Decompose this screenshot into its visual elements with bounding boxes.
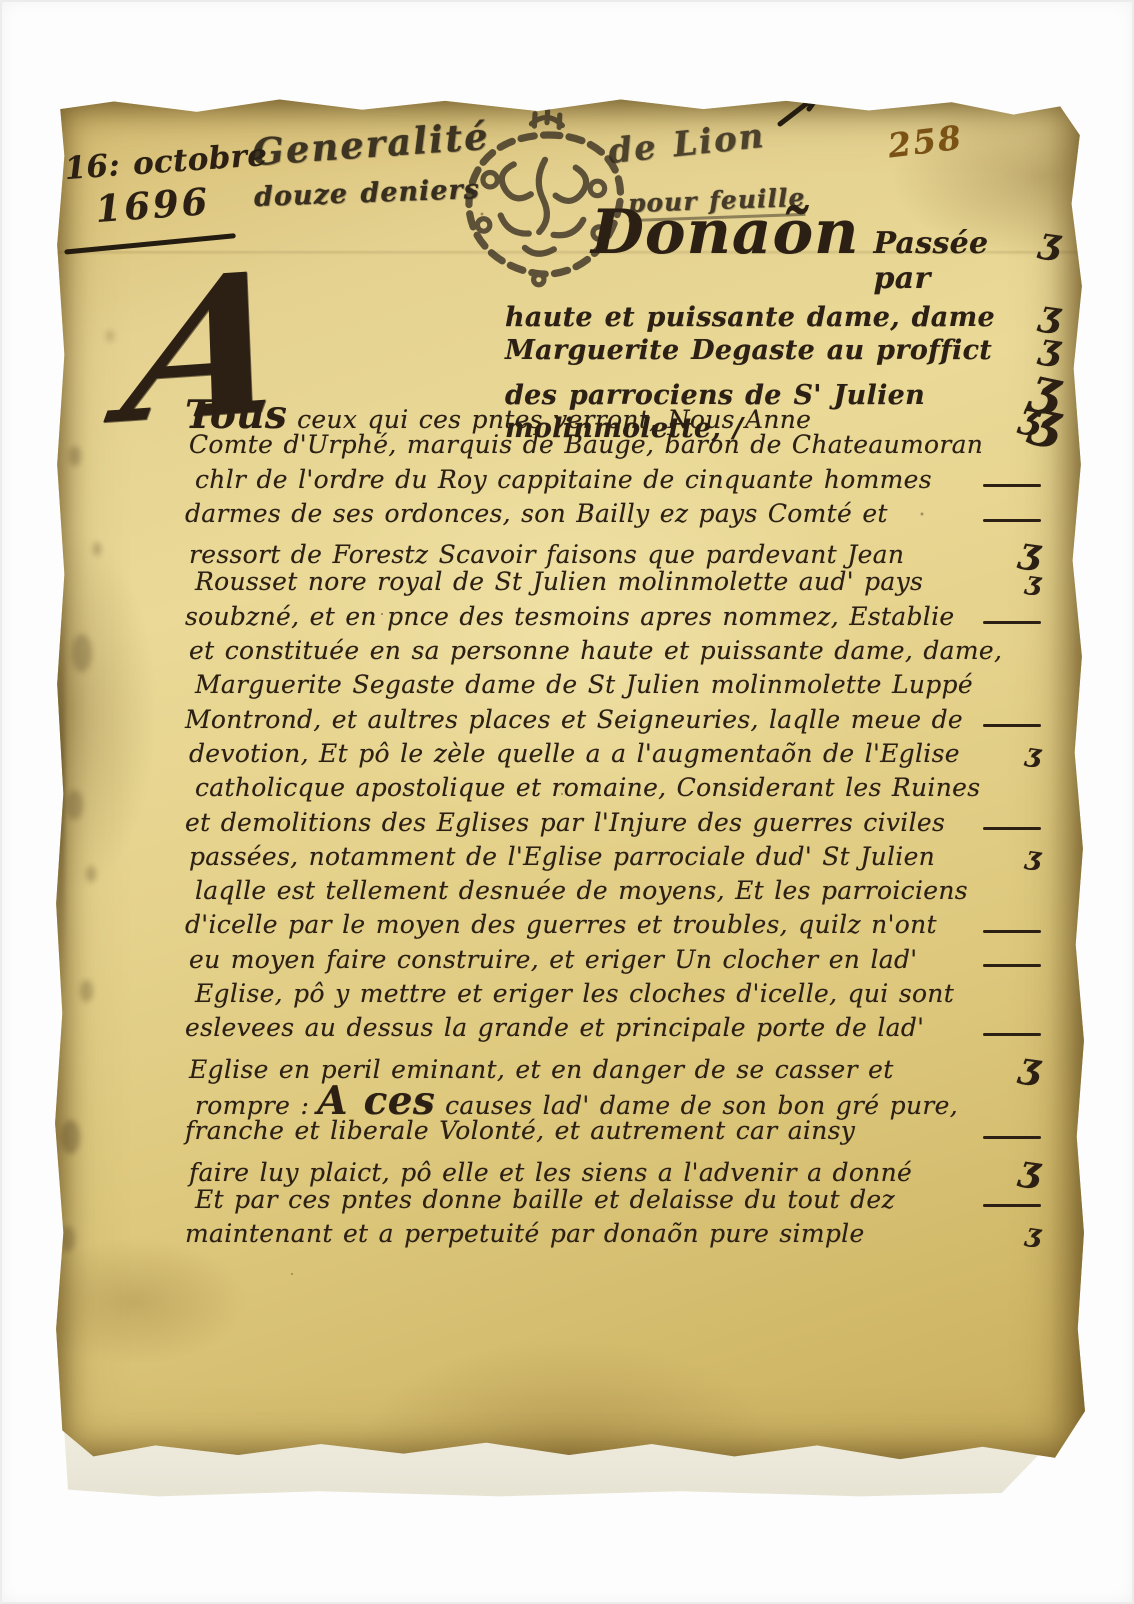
- manuscript-line: Tousceux qui ces pntes verront, Nous Ann…: [185, 396, 1041, 430]
- manuscript-line: maintenant et a perpetuité par donaõn pu…: [185, 1219, 1041, 1253]
- line-text: Montrond, et aultres places et Seigneuri…: [185, 705, 963, 734]
- scanned-document: 16: octobre 1696 Generalité de Lion douz…: [0, 0, 1134, 1604]
- parchment-sheet: 16: octobre 1696 Generalité de Lion douz…: [52, 94, 1086, 1466]
- manuscript-line: darmes de ses ordonces, son Bailly ez pa…: [185, 499, 1041, 533]
- manuscript-line: d'icelle par le moyen des guerres et tro…: [185, 910, 1041, 944]
- line-end-flourish: ʒ: [1024, 740, 1043, 768]
- line-end-flourish: ʒ: [1024, 569, 1043, 597]
- manuscript-line: Eglise en peril eminant, et en danger de…: [189, 1048, 1041, 1082]
- line-text: devotion, Et pô le zèle quelle a a l'aug…: [189, 739, 960, 768]
- line-end-flourish: [983, 484, 1041, 487]
- line-text: Comte d'Urphé, marquis de Bauge, baron d…: [189, 430, 983, 459]
- line-text: haute et puissante dame, dame: [505, 302, 995, 333]
- line-text: eslevees au dessus la grande et principa…: [185, 1013, 924, 1042]
- pen-check-mark: [776, 98, 818, 132]
- line-text: ressort de Forestz Scavoir faisons que p…: [189, 540, 904, 569]
- line-lead-word: Tous: [185, 396, 287, 435]
- title-word-donation: Donaõn: [591, 202, 860, 263]
- line-text: soubzné, et en pnce des tesmoins apres n…: [185, 602, 954, 631]
- line-text: et demolitions des Eglises par l'Injure …: [185, 808, 945, 837]
- manuscript-line: eslevees au dessus la grande et principa…: [185, 1013, 1041, 1047]
- ink-bleed-spot: [72, 634, 92, 672]
- title-passed-by: Passée par: [874, 226, 1041, 296]
- page-number: 258: [886, 118, 965, 166]
- manuscript-line: chlr de l'ordre du Roy cappitaine de cin…: [195, 465, 1041, 499]
- line-text: chlr de l'ordre du Roy cappitaine de cin…: [195, 465, 932, 494]
- line-text: franche et liberale Volonté, et autremen…: [185, 1116, 855, 1145]
- manuscript-line: Marguerite Segaste dame de St Julien mol…: [195, 670, 1041, 704]
- line-end-flourish: ʒ: [1024, 1220, 1043, 1248]
- ink-bleed-spot: [80, 980, 93, 1002]
- line-end-flourish: [983, 827, 1041, 830]
- line-end-flourish: [983, 930, 1041, 933]
- manuscript-line: ressort de Forestz Scavoir faisons que p…: [189, 533, 1041, 567]
- ink-bleed-spot: [69, 446, 81, 466]
- manuscript-line: Eglise, pô y mettre et eriger les cloche…: [195, 979, 1041, 1013]
- manuscript-line: Montrond, et aultres places et Seigneuri…: [185, 705, 1041, 739]
- title-first-line: Donaõn Passée par ʒ: [505, 202, 1061, 296]
- line-end-flourish: ʒ: [1018, 1046, 1044, 1085]
- manuscript-line: laqlle est tellement desnuée de moyens, …: [195, 876, 1041, 910]
- ink-bleed-spot: [60, 1226, 75, 1252]
- line-text: d'icelle par le moyen des guerres et tro…: [185, 910, 937, 939]
- ink-bleed-spot: [106, 330, 114, 342]
- line-text: passées, notamment de l'Eglise parrocial…: [189, 842, 935, 871]
- manuscript-line: des parrociens de S' Julienʒ: [505, 362, 1061, 395]
- manuscript-line: et demolitions des Eglises par l'Injure …: [185, 808, 1041, 842]
- manuscript-line: passées, notamment de l'Eglise parrocial…: [189, 842, 1041, 876]
- line-end-flourish: [983, 1136, 1041, 1139]
- line-text: faire luy plaict, pô elle et les siens a…: [189, 1158, 912, 1187]
- date-line-2: 1696: [94, 175, 272, 231]
- line-end-flourish: ʒ: [1018, 532, 1044, 571]
- line-end-flourish: [983, 1204, 1041, 1207]
- ink-bleed-spot: [93, 542, 101, 556]
- ink-bleed-spot: [86, 866, 96, 882]
- line-end-flourish: ʒ: [1038, 222, 1064, 261]
- manuscript-line: Marguerite Degaste au proffictʒ: [505, 329, 1061, 362]
- manuscript-line: Rousset nore royal de St Julien molinmol…: [195, 567, 1041, 601]
- manuscript-line: haute et puissante dame, dameʒ: [505, 296, 1061, 329]
- manuscript-line: Et par ces pntes donne baille et delaiss…: [195, 1185, 1041, 1219]
- line-end-flourish: [983, 1033, 1041, 1036]
- manuscript-line: devotion, Et pô le zèle quelle a a l'aug…: [189, 739, 1041, 773]
- ink-bleed-spot: [66, 790, 83, 820]
- manuscript-line: catholicque apostolique et romaine, Cons…: [195, 773, 1041, 807]
- line-end-flourish: [983, 964, 1041, 967]
- manuscript-line: eu moyen faire construire, et eriger Un …: [189, 945, 1041, 979]
- line-text: Eglise, pô y mettre et eriger les cloche…: [195, 979, 954, 1008]
- line-end-flourish: [983, 724, 1041, 727]
- date-annotation: 16: octobre 1696: [63, 137, 271, 233]
- manuscript-line: rompre : A cescauses lad' dame de son bo…: [195, 1082, 1041, 1116]
- edge-stain: [56, 574, 65, 994]
- manuscript-line: faire luy plaict, pô elle et les siens a…: [189, 1151, 1041, 1185]
- line-end-flourish: [983, 621, 1041, 624]
- line-text: Et par ces pntes donne baille et delaiss…: [195, 1185, 895, 1214]
- manuscript-line: soubzné, et en pnce des tesmoins apres n…: [185, 602, 1041, 636]
- line-text: Marguerite Degaste au proffict: [505, 335, 992, 366]
- line-text: laqlle est tellement desnuée de moyens, …: [195, 876, 968, 905]
- line-lead-word: A ces: [317, 1082, 435, 1121]
- line-text: maintenant et a perpetuité par donaõn pu…: [185, 1219, 865, 1248]
- line-end-flourish: ʒ: [1018, 1149, 1044, 1188]
- line-text: Marguerite Segaste dame de St Julien mol…: [195, 670, 973, 699]
- manuscript-line: franche et liberale Volonté, et autremen…: [185, 1116, 1041, 1150]
- manuscript-body: Tousceux qui ces pntes verront, Nous Ann…: [185, 396, 1041, 1253]
- manuscript-line: Comte d'Urphé, marquis de Bauge, baron d…: [189, 430, 1041, 464]
- line-text: Eglise en peril eminant, et en danger de…: [189, 1055, 894, 1084]
- line-text: catholicque apostolique et romaine, Cons…: [195, 773, 980, 802]
- title-block: Donaõn Passée par ʒ haute et puissante d…: [505, 202, 1061, 428]
- line-end-flourish: [983, 519, 1041, 522]
- line-text: darmes de ses ordonces, son Bailly ez pa…: [185, 499, 888, 528]
- manuscript-line: et constituée en sa personne haute et pu…: [189, 636, 1041, 670]
- line-text: eu moyen faire construire, et eriger Un …: [189, 945, 917, 974]
- ink-bleed-spot: [61, 1120, 80, 1154]
- line-text: et constituée en sa personne haute et pu…: [189, 636, 1002, 665]
- line-end-flourish: ʒ: [1024, 843, 1043, 871]
- line-text: Rousset nore royal de St Julien molinmol…: [195, 567, 923, 596]
